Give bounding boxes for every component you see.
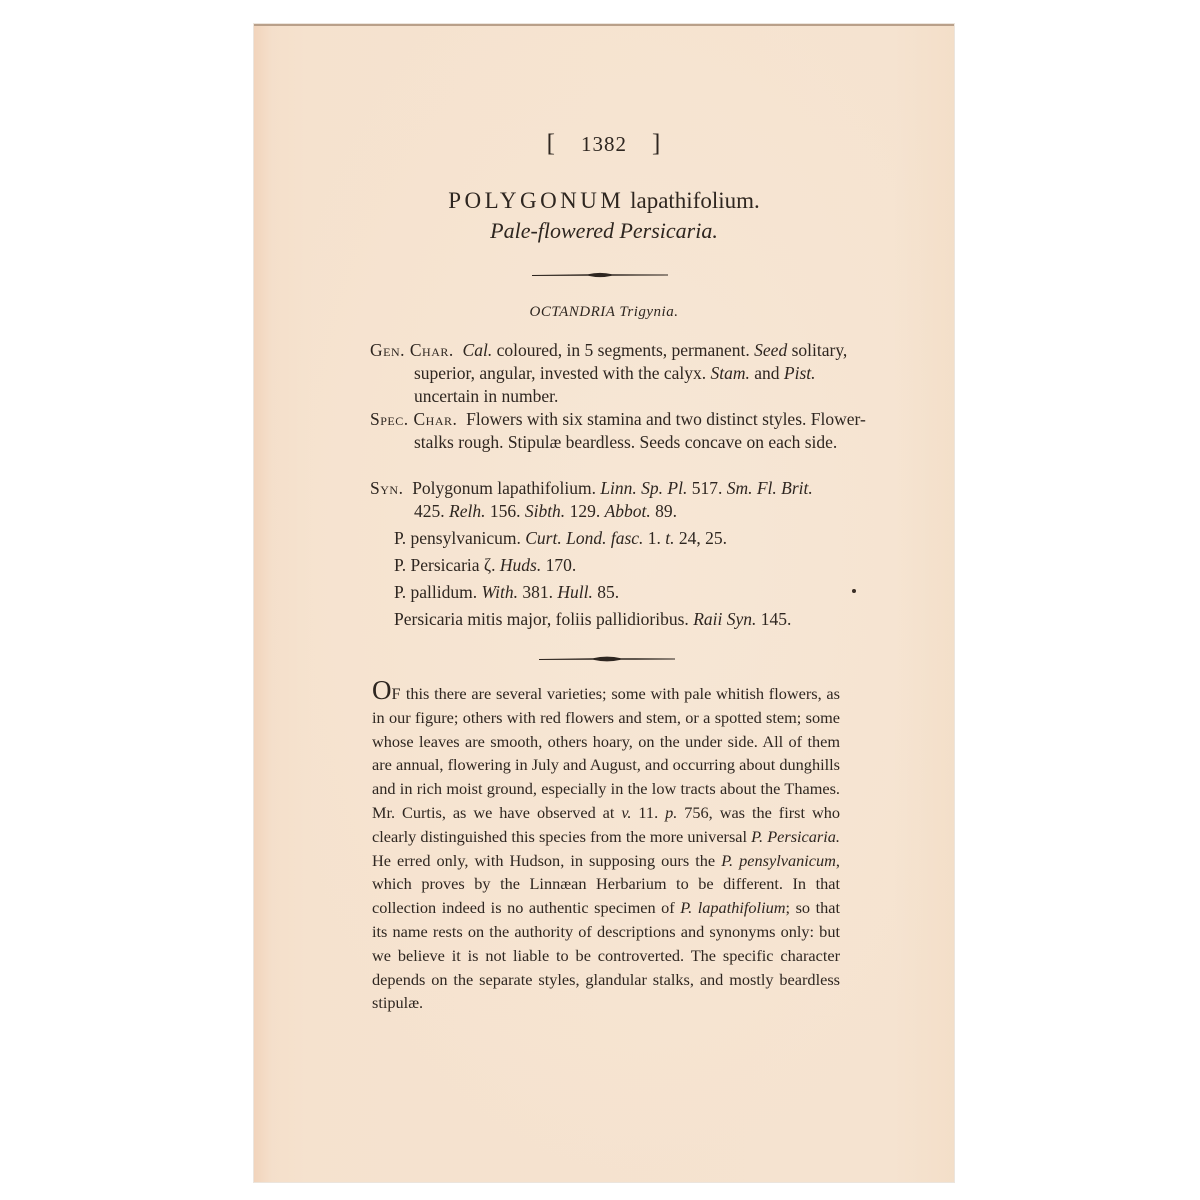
syn-ref: Hull. [557,582,593,602]
syn-ref: Sibth. [525,501,565,521]
description-paragraph: OF this there are several varieties; som… [372,681,840,1015]
syn-name: Persicaria mitis major, foliis pallidior… [394,609,693,629]
species-epithet: lapathifolium. [630,188,760,213]
species-title: POLYGONUM lapathifolium. [254,188,954,214]
syn-ref-page: 89. [651,501,677,521]
drop-cap: O [372,675,392,705]
classification: OCTANDRIA Trigynia. [254,304,954,321]
syn-ref: t. [665,528,674,548]
syn-ref: Raii Syn. [693,609,756,629]
syn-ref-page: 24, 25. [675,528,728,548]
synonym-item: Persicaria mitis major, foliis pallidior… [370,608,840,631]
syn-ref-page: 129. [565,501,604,521]
syn-ref: With. [482,582,518,602]
italic-segment: P. Persicaria. [751,827,840,846]
gen-char-term: Stam. [711,363,750,383]
italic-segment: P. pensylvanicum [721,851,836,870]
italic-segment: p. [665,803,677,822]
syn-name: P. pensylvanicum. [394,528,525,548]
syn-ref: Curt. Lond. fasc. [525,528,643,548]
text-segment: 11. [631,803,665,822]
text-segment: He erred only, with Hudson, in supposing… [372,851,721,870]
page-number-value: 1382 [581,132,627,156]
specific-character: Spec. Char. Flowers with six stamina and… [370,408,884,454]
syn-label: Syn. [370,478,403,498]
syn-ref-page: 1. [643,528,665,548]
syn-ref-page: 425. [414,501,449,521]
italic-segment: v. [621,803,631,822]
syn-ref-page: 517. [687,478,726,498]
book-page: [ 1382 ] POLYGONUM lapathifolium. Pale-f… [254,24,954,1182]
genus-name: POLYGONUM [448,188,624,213]
spec-char-label: Spec. Char. [370,409,457,429]
generic-character: Gen. Char. Cal. coloured, in 5 segments,… [370,339,884,408]
bracket-left: [ [547,130,556,157]
syn-ref-page: 85. [593,582,619,602]
synonym-item: P. pallidum. With. 381. Hull. 85. [370,581,840,604]
gen-char-text: coloured, in 5 segments, permanent. [492,340,754,360]
spec-char-text: Flowers with six stamina and two distinc… [414,409,866,452]
syn-ref: Relh. [449,501,485,521]
italic-segment: P. lapathifolium [680,898,785,917]
page-number: [ 1382 ] [254,130,954,158]
synonym-item: P. pensylvanicum. Curt. Lond. fasc. 1. t… [370,527,840,550]
syn-ref: Linn. Sp. Pl. [600,478,687,498]
syn-ref-page: 145. [756,609,791,629]
gen-char-term: Pist. [784,363,816,383]
syn-ref-page: 170. [541,555,576,575]
syn-ref-page: 156. [485,501,524,521]
ornamental-rule-top [530,268,670,282]
syn-name: Polygonum lapathifolium. [412,478,596,498]
synonym-item: P. Persicaria ζ. Huds. 170. [370,554,840,577]
lead-letter: F [392,684,402,703]
syn-ref-page: 381. [518,582,557,602]
syn-ref: Sm. Fl. Brit. [727,478,813,498]
gen-char-label: Gen. Char. [370,340,454,360]
syn-name: P. Persicaria ζ. [394,555,500,575]
common-name: Pale-flowered Persicaria. [254,218,954,244]
bracket-right: ] [652,130,661,157]
ornamental-rule-bottom [537,652,677,666]
syn-ref: Huds. [500,555,541,575]
gen-char-term: Cal. [463,340,493,360]
text-segment: this there are several varieties; some w… [372,684,840,822]
ink-speck [852,589,856,593]
syn-ref: Abbot. [605,501,651,521]
syn-name: P. pallidum. [394,582,482,602]
synonym-primary: Syn. Polygonum lapathifolium. Linn. Sp. … [370,477,840,523]
gen-char-text: and [750,363,784,383]
synonymy: Syn. Polygonum lapathifolium. Linn. Sp. … [370,477,840,631]
gen-char-term: Seed [754,340,787,360]
gen-char-text: uncertain in number. [414,386,558,406]
